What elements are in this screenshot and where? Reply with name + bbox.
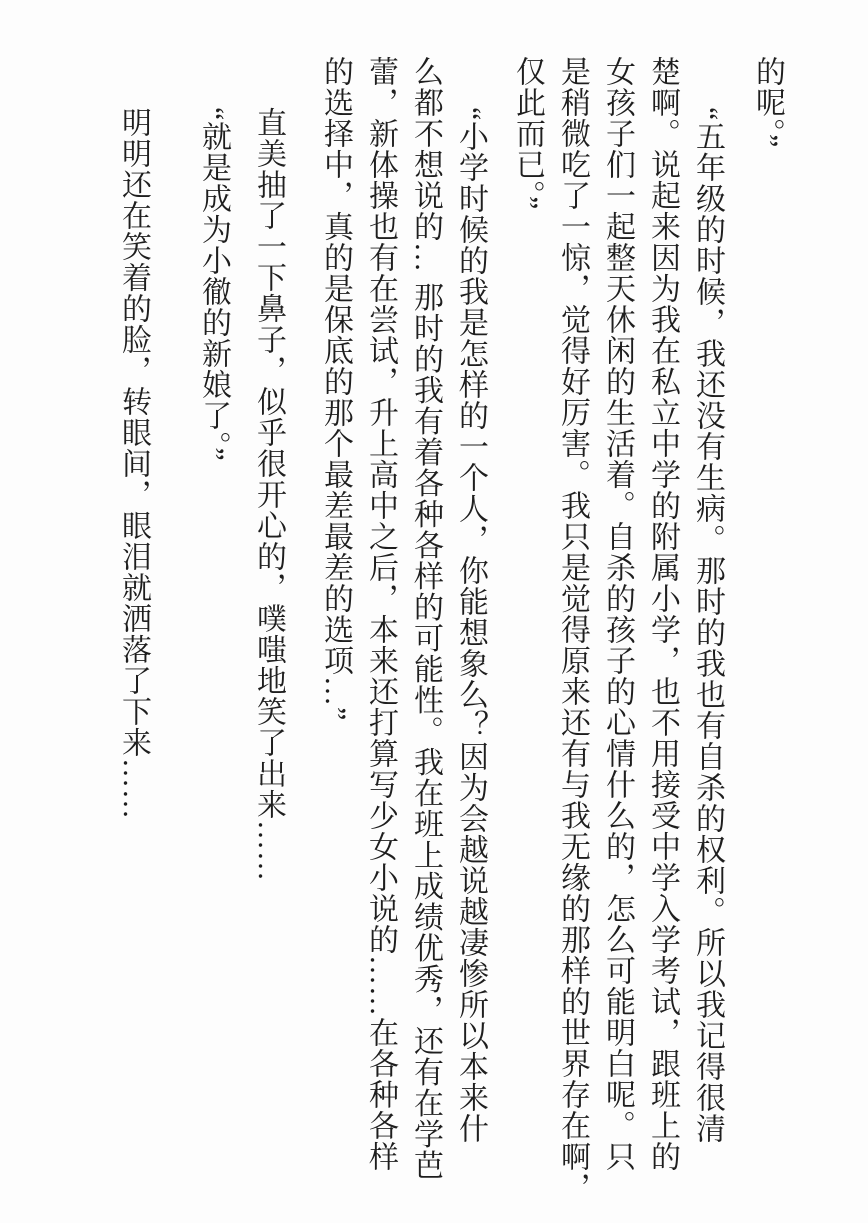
vertical-text-block: 的呢。” “五年级的时候，我还没有生病。那时的我也有自杀的权利。所以我记得很清 … bbox=[30, 56, 790, 1179]
text-line: 仅此而已。” bbox=[505, 56, 550, 1179]
text-line: “五年级的时候，我还没有生病。那时的我也有自杀的权利。所以我记得很清 bbox=[685, 56, 730, 1179]
text-line: “就是成为小徹的新娘了。” bbox=[191, 56, 236, 1179]
text-line: 是稍微吃了一惊，觉得好厉害。我只是觉得原来还有与我无缘的那样的世界存在啊， bbox=[550, 56, 595, 1179]
novel-page: 的呢。” “五年级的时候，我还没有生病。那时的我也有自杀的权利。所以我记得很清 … bbox=[0, 0, 868, 1223]
paragraph-3: “小学时候的我是怎样的一个人，你能想象么？因为会越说越凄惨所以本来什 么都不想说… bbox=[313, 56, 493, 1179]
paragraph-1: 的呢。” bbox=[745, 56, 790, 1179]
text-line: 直美抽了一下鼻子，似乎很开心的，噗嗤地笑了出来…… bbox=[246, 56, 291, 1179]
text-line: 女孩子们一起整天休闲的生活着。自杀的孩子的心情什么的，怎么可能明白呢。只 bbox=[595, 56, 640, 1179]
text-line: 么都不想说的… 那时的我有着各种各样的可能性。我在班上成绩优秀，还有在学芭 bbox=[403, 56, 448, 1179]
paragraph-4: 直美抽了一下鼻子，似乎很开心的，噗嗤地笑了出来…… bbox=[246, 56, 291, 1179]
text-line: “小学时候的我是怎样的一个人，你能想象么？因为会越说越凄惨所以本来什 bbox=[448, 56, 493, 1179]
paragraph-5: “就是成为小徹的新娘了。” bbox=[191, 56, 236, 1179]
paragraph-2: “五年级的时候，我还没有生病。那时的我也有自杀的权利。所以我记得很清 楚啊。说起… bbox=[505, 56, 730, 1179]
text-line: 明明还在笑着的脸，转眼间，眼泪就洒落了下来…… bbox=[111, 56, 156, 1179]
text-line: 蕾，新体操也有在尝试，升上高中之后，本来还打算写少女小说的……在各种各样 bbox=[358, 56, 403, 1179]
text-line: 的呢。” bbox=[745, 56, 790, 1179]
paragraph-6: 明明还在笑着的脸，转眼间，眼泪就洒落了下来…… bbox=[111, 56, 156, 1179]
text-line: 的选择中，真的是保底的那个最差最差的选项…” bbox=[313, 56, 358, 1179]
text-line: 楚啊。说起来因为我在私立中学的附属小学，也不用接受中学入学考试，跟班上的 bbox=[640, 56, 685, 1179]
